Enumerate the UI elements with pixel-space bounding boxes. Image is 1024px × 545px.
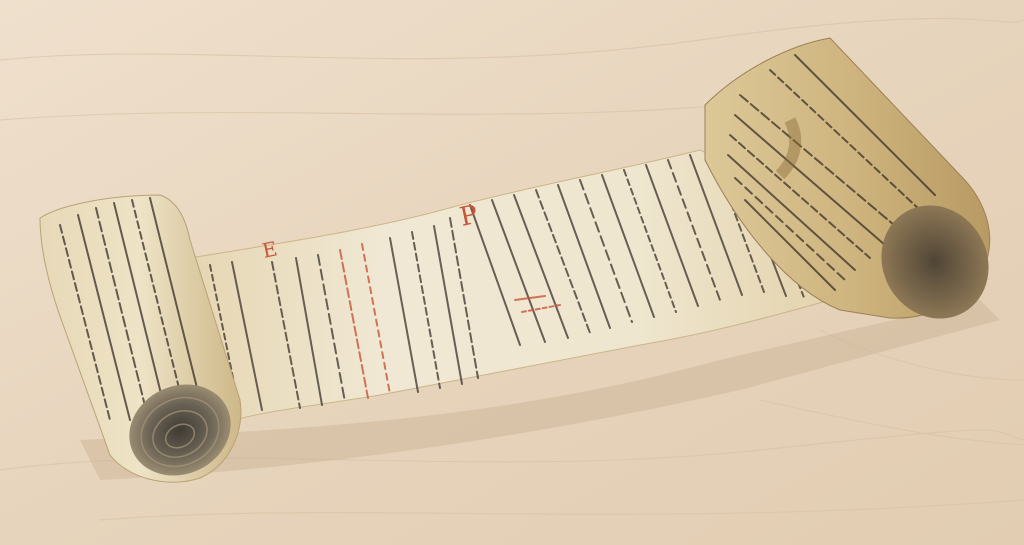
scroll-photo: P E xyxy=(0,0,1024,545)
photo-scene: P E xyxy=(0,0,1024,545)
